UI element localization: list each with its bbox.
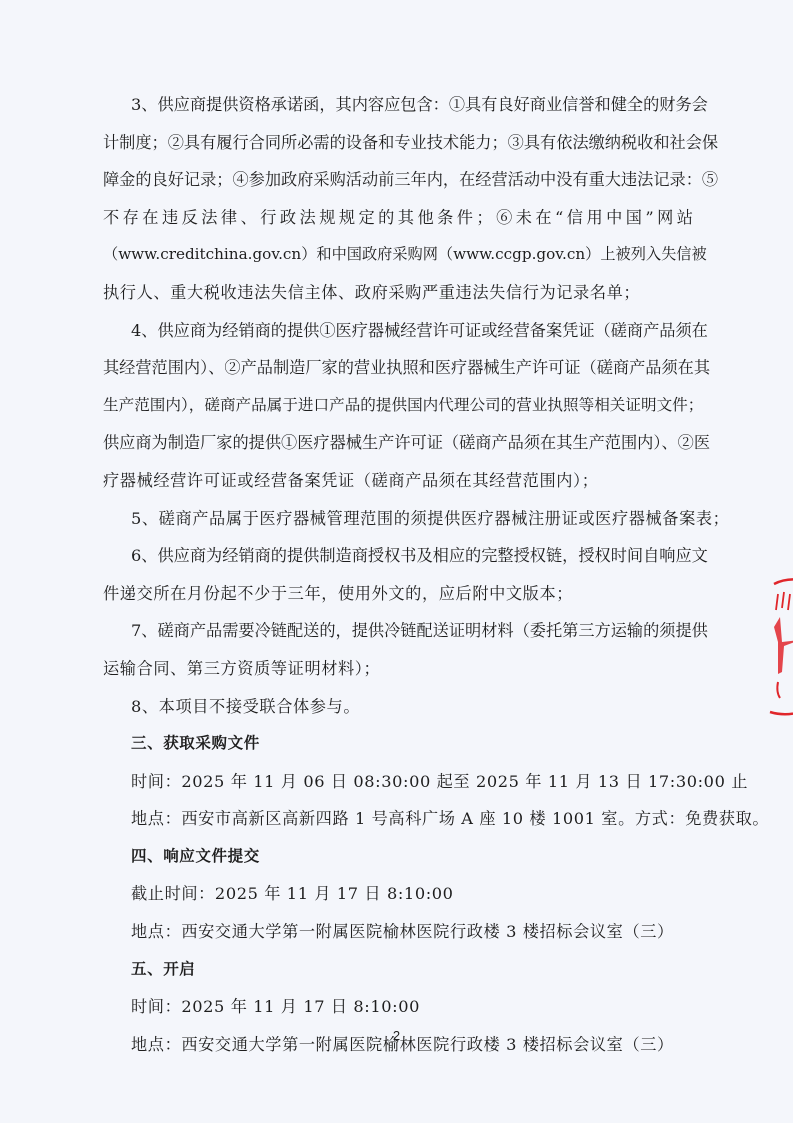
red-seal-stamp-icon <box>760 572 793 722</box>
section-heading: 三、获取采购文件 <box>103 725 693 763</box>
text-line: 7、磋商产品需要冷链配送的，提供冷链配送证明材料（委托第三方运输的须提供 <box>103 612 693 650</box>
document-page: 3、供应商提供资格承诺函，其内容应包含：①具有良好商业信誉和健全的财务会 计制度… <box>0 0 793 1123</box>
page-number: 2 <box>0 1028 793 1043</box>
text-line: 运输合同、第三方资质等证明材料）； <box>103 650 693 688</box>
paragraph-item-7: 7、磋商产品需要冷链配送的，提供冷链配送证明材料（委托第三方运输的须提供 运输合… <box>103 612 693 687</box>
paragraph-item-8: 8、本项目不接受联合体参与。 <box>103 688 693 726</box>
text-line: 计制度；②具有履行合同所必需的设备和专业技术能力；③具有依法缴纳税收和社会保 <box>103 124 693 162</box>
section-opening: 五、开启 时间：2025 年 11 月 17 日 8:10:00 地点：西安交通… <box>103 951 693 1064</box>
text-line: （www.creditchina.gov.cn）和中国政府采购网（www.ccg… <box>103 236 693 274</box>
text-line: 4、供应商为经销商的提供①医疗器械经营许可证或经营备案凭证（磋商产品须在 <box>103 312 693 350</box>
text-line: 执行人、重大税收违法失信主体、政府采购严重违法失信行为记录名单； <box>103 274 693 312</box>
document-body: 3、供应商提供资格承诺函，其内容应包含：①具有良好商业信誉和健全的财务会 计制度… <box>103 86 693 1063</box>
time-line: 时间：2025 年 11 月 06 日 08:30:00 起至 2025 年 1… <box>103 763 693 801</box>
section-heading: 五、开启 <box>103 951 693 989</box>
paragraph-item-3: 3、供应商提供资格承诺函，其内容应包含：①具有良好商业信誉和健全的财务会 计制度… <box>103 86 693 312</box>
paragraph-item-5: 5、磋商产品属于医疗器械管理范围的须提供医疗器械注册证或医疗器械备案表； <box>103 500 693 538</box>
text-line: 件递交所在月份起不少于三年，使用外文的，应后附中文版本； <box>103 575 693 613</box>
text-line: 疗器械经营许可证或经营备案凭证（磋商产品须在其经营范围内）； <box>103 462 693 500</box>
text-line: 不存在违反法律、行政法规规定的其他条件；⑥未在“信用中国”网站 <box>103 199 693 237</box>
location-line: 地点：西安市高新区高新四路 1 号高科广场 A 座 10 楼 1001 室。方式… <box>103 800 693 838</box>
text-line: 其经营范围内）、②产品制造厂家的营业执照和医疗器械生产许可证（磋商产品须在其 <box>103 349 693 387</box>
text-line: 生产范围内），磋商产品属于进口产品的提供国内代理公司的营业执照等相关证明文件； <box>103 387 693 425</box>
section-response-submission: 四、响应文件提交 截止时间：2025 年 11 月 17 日 8:10:00 地… <box>103 838 693 951</box>
time-line: 时间：2025 年 11 月 17 日 8:10:00 <box>103 988 693 1026</box>
text-line: 8、本项目不接受联合体参与。 <box>103 688 693 726</box>
text-line: 6、供应商为经销商的提供制造商授权书及相应的完整授权链，授权时间自响应文 <box>103 537 693 575</box>
deadline-line: 截止时间：2025 年 11 月 17 日 8:10:00 <box>103 875 693 913</box>
text-line: 5、磋商产品属于医疗器械管理范围的须提供医疗器械注册证或医疗器械备案表； <box>103 500 693 538</box>
paragraph-item-6: 6、供应商为经销商的提供制造商授权书及相应的完整授权链，授权时间自响应文 件递交… <box>103 537 693 612</box>
paragraph-item-4: 4、供应商为经销商的提供①医疗器械经营许可证或经营备案凭证（磋商产品须在 其经营… <box>103 312 693 500</box>
section-heading: 四、响应文件提交 <box>103 838 693 876</box>
location-line: 地点：西安交通大学第一附属医院榆林医院行政楼 3 楼招标会议室（三） <box>103 913 693 951</box>
text-line: 3、供应商提供资格承诺函，其内容应包含：①具有良好商业信誉和健全的财务会 <box>103 86 693 124</box>
text-line: 供应商为制造厂家的提供①医疗器械生产许可证（磋商产品须在其生产范围内）、②医 <box>103 424 693 462</box>
text-line: 障金的良好记录；④参加政府采购活动前三年内，在经营活动中没有重大违法记录：⑤ <box>103 161 693 199</box>
section-obtain-documents: 三、获取采购文件 时间：2025 年 11 月 06 日 08:30:00 起至… <box>103 725 693 838</box>
